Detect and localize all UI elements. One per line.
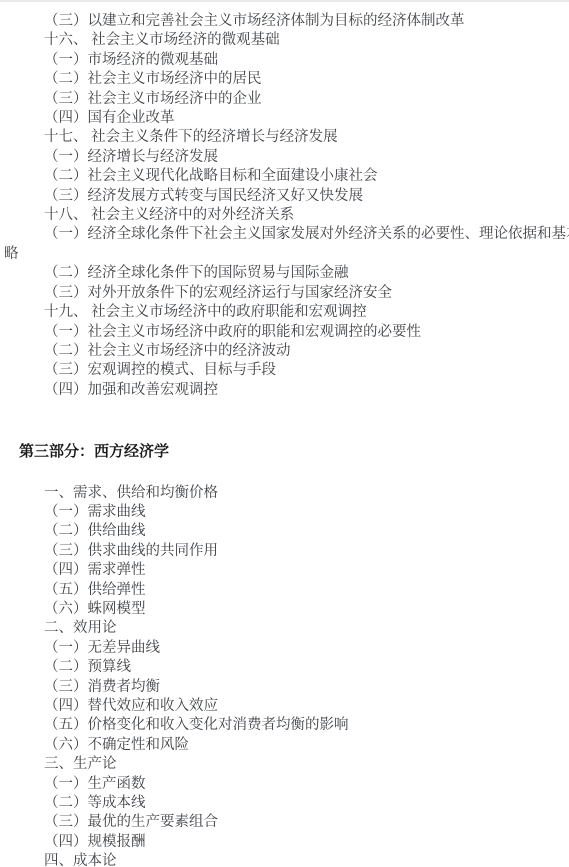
outline-line: 十六、 社会主义市场经济的微观基础	[0, 31, 569, 50]
outline-line: （二）社会主义市场经济中的居民	[0, 70, 569, 89]
outline-line: （一）生产函数	[0, 775, 569, 794]
document-page: （三）以建立和完善社会主义市场经济体制为目标的经济体制改革十六、 社会主义市场经…	[0, 2, 569, 867]
outline-line: （二）供给曲线	[0, 522, 569, 541]
outline-line: （五）供给弹性	[0, 581, 569, 600]
outline-line: 十七、 社会主义条件下的经济增长与经济发展	[0, 128, 569, 147]
outline-line: （五）价格变化和收入变化对消费者均衡的影响	[0, 716, 569, 735]
outline-line: （二）社会主义现代化战略目标和全面建设小康社会	[0, 167, 569, 186]
outline-line: （三）供求曲线的共同作用	[0, 542, 569, 561]
outline-line: （三）以建立和完善社会主义市场经济体制为目标的经济体制改革	[0, 12, 569, 31]
outline-line: （三）宏观调控的模式、目标与手段	[0, 361, 569, 380]
outline-line: （六）蛛网模型	[0, 600, 569, 619]
outline-line: （一）社会主义市场经济中政府的职能和宏观调控的必要性	[0, 323, 569, 342]
outline-line: （二）经济全球化条件下的国际贸易与国际金融	[0, 264, 569, 283]
outline-line: （二）预算线	[0, 658, 569, 677]
outline-line-continuation: 略	[0, 245, 569, 264]
outline-line: （三）对外开放条件下的宏观经济运行与国家经济安全	[0, 284, 569, 303]
outline-line: （三）经济发展方式转变与国民经济又好又快发展	[0, 187, 569, 206]
outline-line: （一）市场经济的微观基础	[0, 51, 569, 70]
outline-line: （二）社会主义市场经济中的经济波动	[0, 342, 569, 361]
outline-line: 二、效用论	[0, 619, 569, 638]
outline-line: （三）社会主义市场经济中的企业	[0, 90, 569, 109]
outline-line: （三）消费者均衡	[0, 678, 569, 697]
outline-line: 四、成本论	[0, 852, 569, 867]
outline-line: 三、生产论	[0, 755, 569, 774]
outline-line: （一）无差异曲线	[0, 639, 569, 658]
outline-line: （四）规模报酬	[0, 833, 569, 852]
outline-line: （四）需求弹性	[0, 561, 569, 580]
outline-line: （二）等成本线	[0, 794, 569, 813]
outline-line: （四）替代效应和收入效应	[0, 697, 569, 716]
section-heading: 第三部分：西方经济学	[0, 443, 569, 462]
outline-line: 十八、 社会主义经济中的对外经济关系	[0, 206, 569, 225]
outline-line: （一）经济增长与经济发展	[0, 148, 569, 167]
outline-line: （一）经济全球化条件下社会主义国家发展对外经济关系的必要性、理论依据和基本方	[0, 225, 569, 244]
outline-line: （三）最优的生产要素组合	[0, 813, 569, 832]
outline-line: （四）国有企业改革	[0, 109, 569, 128]
outline-line: 十九、 社会主义市场经济中的政府职能和宏观调控	[0, 303, 569, 322]
outline-line: （六）不确定性和风险	[0, 736, 569, 755]
outline-line: （四）加强和改善宏观调控	[0, 381, 569, 400]
outline-line: 一、需求、供给和均衡价格	[0, 484, 569, 503]
outline-line: （一）需求曲线	[0, 503, 569, 522]
